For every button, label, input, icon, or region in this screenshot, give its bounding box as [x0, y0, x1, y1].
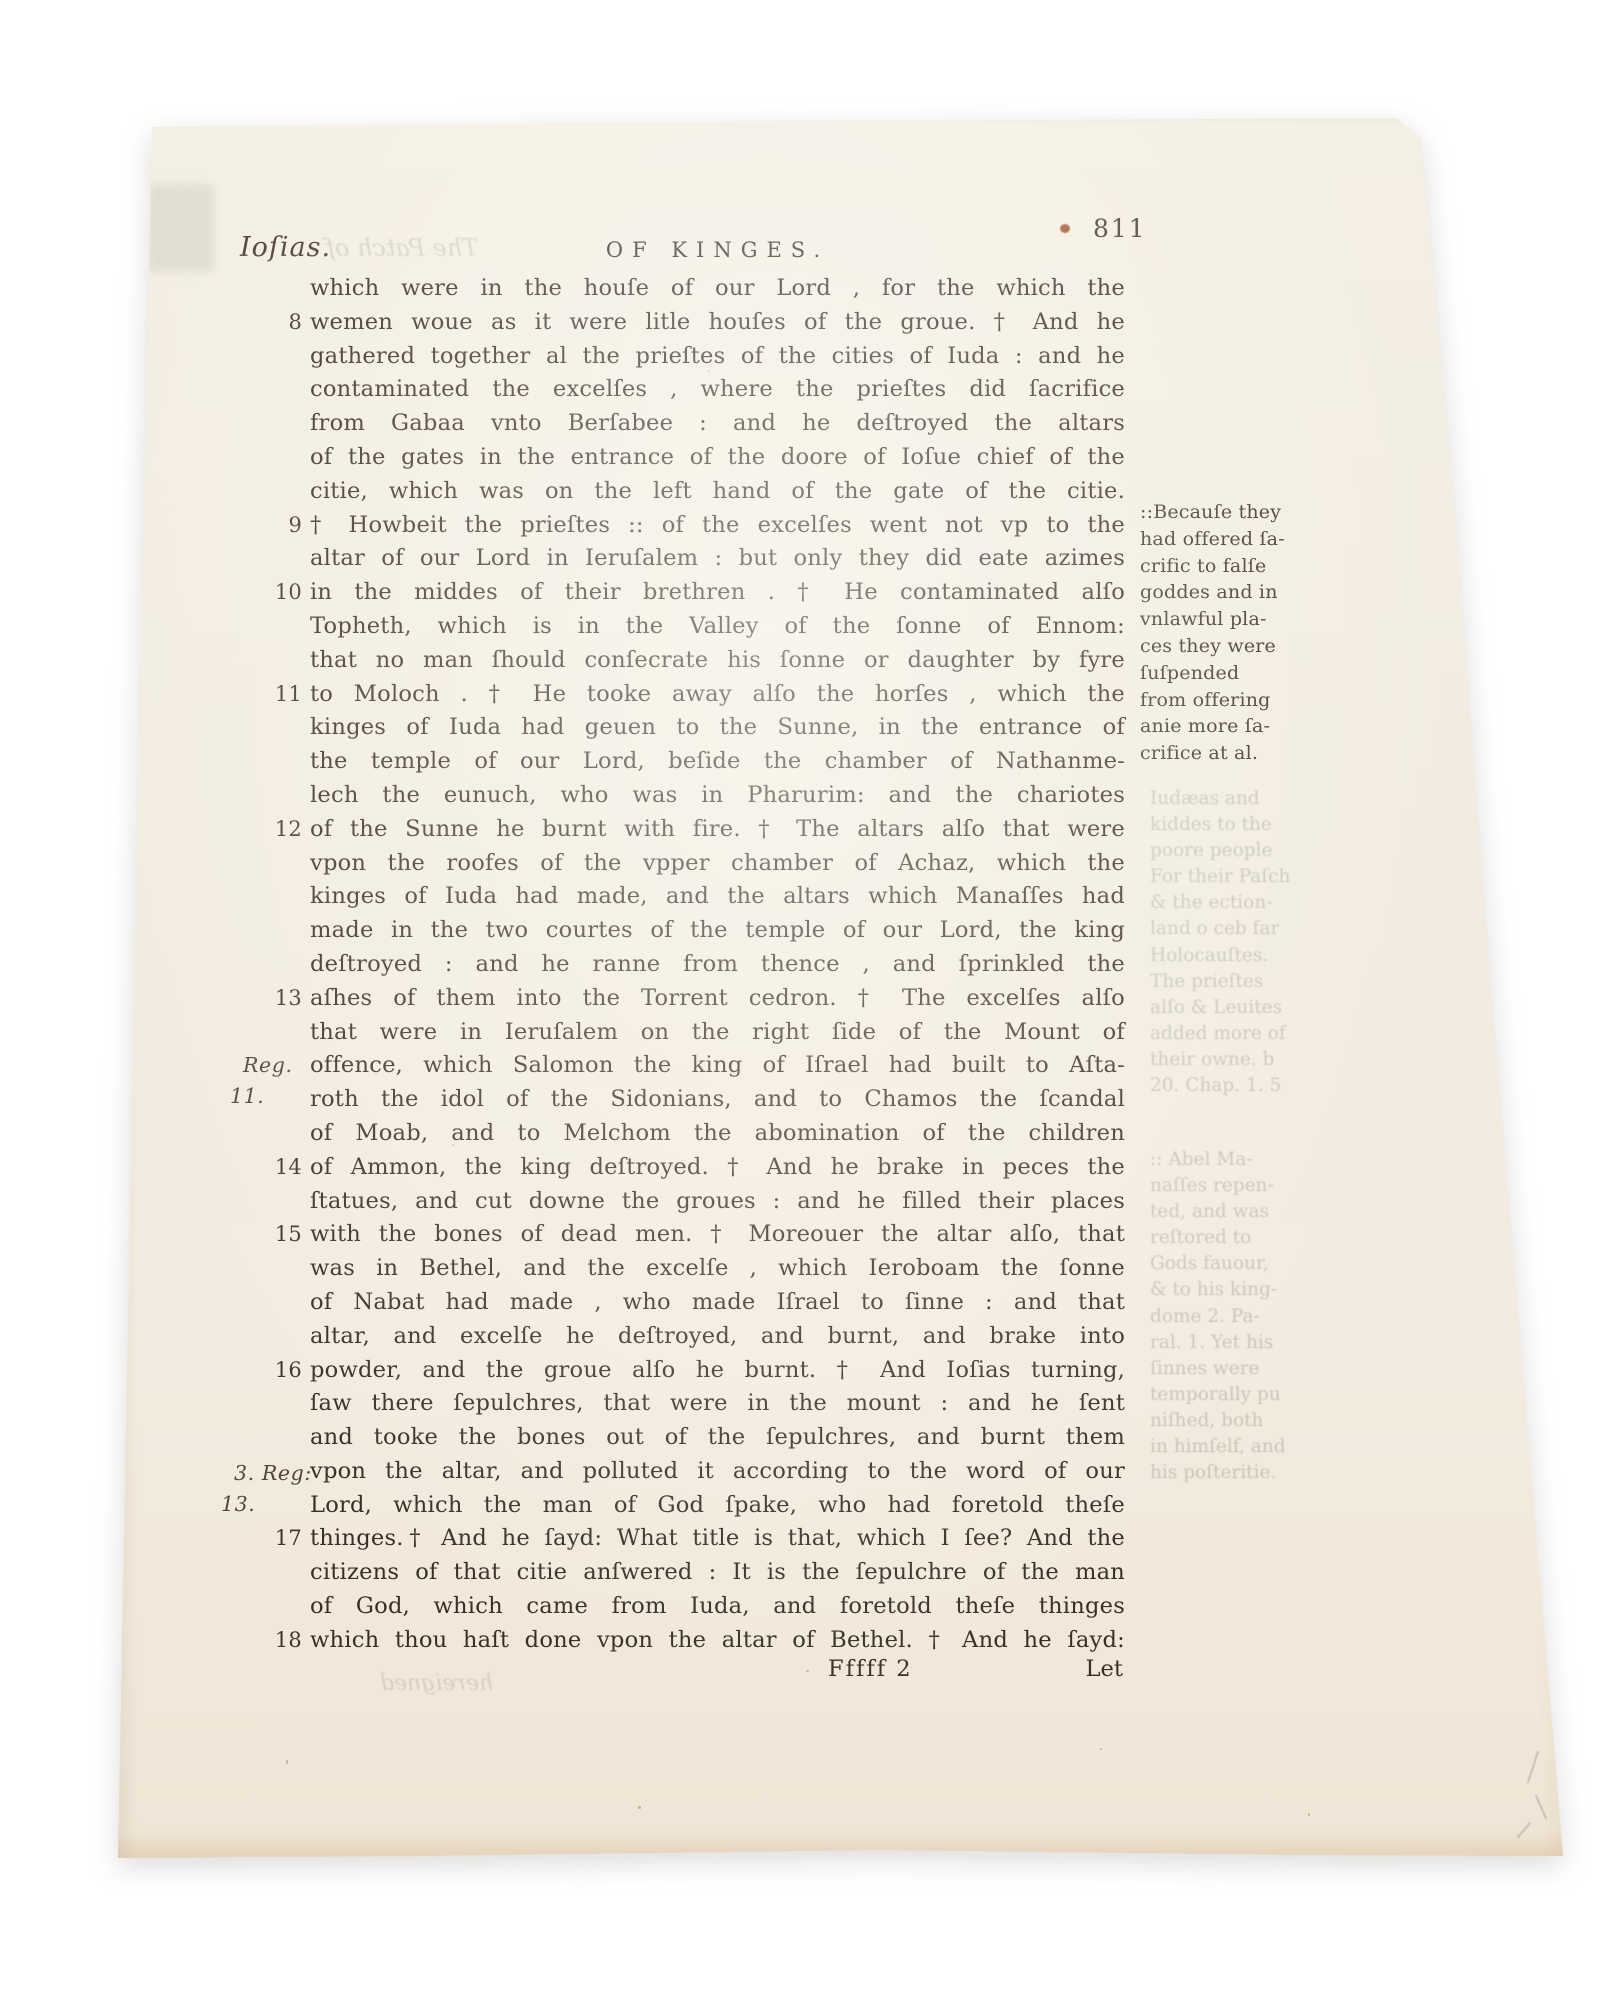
catchword: Let [1086, 1656, 1123, 1682]
note-line: & the ection- [1150, 890, 1342, 916]
verse-number: 18 [264, 1624, 302, 1657]
pencil-mark [1517, 1822, 1531, 1839]
body-line-text: roth the idol of the Sidonians, and to C… [310, 1083, 1125, 1116]
verse-number: 8 [264, 306, 302, 339]
note-line: Iudæas and [1150, 786, 1342, 812]
body-line: was in Bethel, and the excelſe , which I… [310, 1252, 1125, 1286]
body-line: and tooke the bones out of the ſepulchre… [310, 1421, 1125, 1455]
pencil-mark [1527, 1751, 1539, 1784]
body-line: citizens of that citie anſwered : It is … [310, 1556, 1125, 1590]
body-line: Lord, which the man of God ſpake, who ha… [310, 1489, 1125, 1523]
verse-number: 10 [264, 576, 302, 609]
note-line: ces they were [1140, 633, 1346, 660]
body-line-text: contaminated the excelſes , where the pr… [310, 373, 1125, 406]
body-line: which were in the houſe of our Lord , fo… [310, 272, 1125, 306]
note-line: land o ceb far [1150, 916, 1342, 942]
signature-mark: Fffff 2 [828, 1656, 913, 1682]
margin-note-left-1: Reg.11. [230, 1050, 293, 1112]
note-line: dome 2. Pa- [1150, 1304, 1342, 1330]
body-line: kinges of Iuda had geuen to the Sunne, i… [310, 711, 1125, 745]
note-line: anie more ſa- [1140, 713, 1346, 740]
body-line: 17thinges.† And he ſayd: What title is t… [310, 1522, 1125, 1556]
body-line-text: and tooke the bones out of the ſepulchre… [310, 1421, 1125, 1454]
note-line: 20. Chap. 1. 5 [1150, 1073, 1342, 1099]
verse-number: 16 [264, 1354, 302, 1387]
margin-note-left-2: 3. Reg:13. [221, 1458, 312, 1520]
body-line-text: with the bones of dead men. † Moreouer t… [310, 1218, 1125, 1251]
body-line-text: aſhes of them into the Torrent cedron. †… [310, 982, 1125, 1015]
body-line-text: ſtatues, and cut downe the groues : and … [310, 1185, 1125, 1218]
paper-speck [1308, 1813, 1310, 1816]
note-line: alſo & Leuites [1150, 995, 1342, 1021]
body-line: 16powder, and the groue alſo he burnt. †… [310, 1354, 1125, 1388]
show-through-block-a: Iudæas andkiddes to thepoore peopleFor t… [1150, 786, 1342, 1099]
body-line-text: citie, which was on the left hand of the… [310, 475, 1125, 508]
body-line-text: kinges of Iuda had made, and the altars … [310, 880, 1125, 913]
body-line: made in the two courtes of the temple of… [310, 914, 1125, 948]
note-line: Holocauſtes. [1150, 943, 1342, 969]
running-title-center: OF KINGES. [310, 238, 1125, 262]
body-line: ſaw there ſepulchres, that were in the m… [310, 1387, 1125, 1421]
body-line-text: powder, and the groue alſo he burnt. † A… [310, 1354, 1125, 1387]
paper-speck [286, 1760, 288, 1764]
note-line: crifice at al. [1140, 740, 1346, 767]
note-line: poore people [1150, 838, 1342, 864]
note-line: ſuſpended [1140, 660, 1346, 687]
body-line: gathered together al the prieſtes of the… [310, 340, 1125, 374]
body-line-text: † Howbeit the prieſtes :: of the excelſe… [310, 509, 1125, 542]
body-line: altar, and excelſe he deſtroyed, and bur… [310, 1320, 1125, 1354]
body-line: kinges of Iuda had made, and the altars … [310, 880, 1125, 914]
body-line-text: thinges.† And he ſayd: What title is tha… [310, 1522, 1125, 1555]
pencil-mark [1535, 1795, 1547, 1820]
body-line: 9† Howbeit the prieſtes :: of the excelſ… [310, 509, 1125, 543]
note-line: added more of [1150, 1021, 1342, 1047]
body-line: of the gates in the entrance of the door… [310, 441, 1125, 475]
body-line-text: to Moloch . † He tooke away alſo the hor… [310, 678, 1125, 711]
note-line: in himſelf, and [1150, 1434, 1342, 1460]
note-line: reſtored to [1150, 1225, 1342, 1251]
body-line-text: vpon the altar, and polluted it accordin… [310, 1455, 1125, 1488]
body-line: that were in Ieruſalem on the right ſide… [310, 1016, 1125, 1050]
note-line: kiddes to the [1150, 812, 1342, 838]
body-line-text: ſaw there ſepulchres, that were in the m… [310, 1387, 1125, 1420]
note-line: vnlawful pla- [1140, 606, 1346, 633]
signature-row: Fffff 2 Let [310, 1656, 1125, 1690]
body-line: contaminated the excelſes , where the pr… [310, 373, 1125, 407]
body-line-text: that no man ſhould conſecrate his ſonne … [310, 644, 1125, 677]
note-line: ::Becauſe they [1140, 499, 1346, 526]
body-line: 13aſhes of them into the Torrent cedron.… [310, 982, 1125, 1016]
body-line: of God, which came from Iuda, and foreto… [310, 1590, 1125, 1624]
body-line: of Nabat had made , who made Iſrael to ſ… [310, 1286, 1125, 1320]
note-line: 13. [221, 1489, 312, 1520]
margin-note-right: ::Becauſe theyhad offered ſa-crific to f… [1140, 499, 1346, 767]
body-line: altar of our Lord in Ieruſalem : but onl… [310, 542, 1125, 576]
body-line-text: offence, which Salomon the king of Iſrae… [310, 1049, 1125, 1082]
body-line-text: kinges of Iuda had geuen to the Sunne, i… [310, 711, 1125, 744]
paper-speck [1100, 1748, 1102, 1750]
body-line: that no man ſhould conſecrate his ſonne … [310, 644, 1125, 678]
body-line: 11to Moloch . † He tooke away alſo the h… [310, 678, 1125, 712]
book-page: The Patch of Iudæas andkiddes to thepoor… [118, 108, 1566, 1860]
stain-patch [148, 184, 214, 272]
photo-background: The Patch of Iudæas andkiddes to thepoor… [0, 0, 1599, 2000]
body-line-text: wemen woue as it were litle houſes of th… [310, 306, 1125, 339]
body-line-text: was in Bethel, and the excelſe , which I… [310, 1252, 1125, 1285]
body-line-text: altar of our Lord in Ieruſalem : but onl… [310, 542, 1125, 575]
body-line-text: made in the two courtes of the temple of… [310, 914, 1125, 947]
body-line: 18which thou haſt done vpon the altar of… [310, 1624, 1125, 1658]
body-line-text: of Nabat had made , who made Iſrael to ſ… [310, 1286, 1125, 1319]
body-line-text: Lord, which the man of God ſpake, who ha… [310, 1489, 1125, 1522]
body-line-text: of God, which came from Iuda, and foreto… [310, 1590, 1125, 1623]
note-line: crific to falſe [1140, 553, 1346, 580]
note-line: temporally pu [1150, 1382, 1342, 1408]
body-line: offence, which Salomon the king of Iſrae… [310, 1049, 1125, 1083]
body-line-text: altar, and excelſe he deſtroyed, and bur… [310, 1320, 1125, 1353]
body-line-text: of Ammon, the king deſtroyed. † And he b… [310, 1151, 1125, 1184]
verse-number: 9 [264, 509, 302, 542]
body-line-text: of the Sunne he burnt with fire. † The a… [310, 813, 1125, 846]
note-line: ral. 1. Yet his [1150, 1330, 1342, 1356]
body-line: lech the eunuch, who was in Pharurim: an… [310, 779, 1125, 813]
body-line-text: the temple of our Lord, beſide the chamb… [310, 745, 1125, 778]
body-line-text: Topheth, which is in the Valley of the ſ… [310, 610, 1125, 643]
body-line: vpon the altar, and polluted it accordin… [310, 1455, 1125, 1489]
paper-speck [638, 1806, 641, 1809]
body-line-text: lech the eunuch, who was in Pharurim: an… [310, 779, 1125, 812]
note-line: had offered ſa- [1140, 526, 1346, 553]
note-line: niſhed, both [1150, 1408, 1342, 1434]
body-line: 8wemen woue as it were litle houſes of t… [310, 306, 1125, 340]
body-line-text: gathered together al the prieſtes of the… [310, 340, 1125, 373]
body-line-text: deſtroyed : and he ranne from thence , a… [310, 948, 1125, 981]
verse-number: 11 [264, 678, 302, 711]
book-page-wrap: The Patch of Iudæas andkiddes to thepoor… [118, 108, 1566, 1860]
body-line: deſtroyed : and he ranne from thence , a… [310, 948, 1125, 982]
verse-number: 12 [264, 813, 302, 846]
body-line-text: in the middes of their brethren . † He c… [310, 576, 1125, 609]
verse-number: 14 [264, 1151, 302, 1184]
foxing-spot [1060, 224, 1070, 233]
body-line-text: of Moab, and to Melchom the abomination … [310, 1117, 1125, 1150]
note-line: ſinnes were [1150, 1356, 1342, 1382]
note-line: goddes and in [1140, 579, 1346, 606]
note-line: his poſteritie. [1150, 1460, 1342, 1486]
page-number: 811 [1093, 214, 1147, 243]
note-line: Reg. [243, 1050, 293, 1081]
body-line-text: that were in Ieruſalem on the right ſide… [310, 1016, 1125, 1049]
show-through-block-b: :: Abel Ma-naſſes repen-ted, and wasreſt… [1150, 1147, 1342, 1486]
body-line: 15with the bones of dead men. † Moreouer… [310, 1218, 1125, 1252]
body-line-text: which were in the houſe of our Lord , fo… [310, 272, 1125, 305]
body-line-text: from Gabaa vnto Berſabee : and he deſtro… [310, 407, 1125, 440]
body-line: the temple of our Lord, beſide the chamb… [310, 745, 1125, 779]
verse-number: 15 [264, 1218, 302, 1251]
body-line: from Gabaa vnto Berſabee : and he deſtro… [310, 407, 1125, 441]
body-line: ſtatues, and cut downe the groues : and … [310, 1185, 1125, 1219]
body-line: roth the idol of the Sidonians, and to C… [310, 1083, 1125, 1117]
note-line: 11. [230, 1081, 293, 1112]
body-line: 12of the Sunne he burnt with fire. † The… [310, 813, 1125, 847]
verse-number: 17 [264, 1522, 302, 1555]
note-line: :: Abel Ma- [1150, 1147, 1342, 1173]
body-line: 14of Ammon, the king deſtroyed. † And he… [310, 1151, 1125, 1185]
note-line: their owne. b [1150, 1047, 1342, 1073]
note-line: from offering [1140, 687, 1346, 714]
body-line: citie, which was on the left hand of the… [310, 475, 1125, 509]
note-line: 3. Reg: [234, 1458, 312, 1489]
verse-number: 13 [264, 982, 302, 1015]
body-line: Topheth, which is in the Valley of the ſ… [310, 610, 1125, 644]
body-line: 10in the middes of their brethren . † He… [310, 576, 1125, 610]
body-line-text: vpon the roofes of the vpper chamber of … [310, 847, 1125, 880]
note-line: ted, and was [1150, 1199, 1342, 1225]
body-line: vpon the roofes of the vpper chamber of … [310, 847, 1125, 881]
note-line: Gods fauour, [1150, 1251, 1342, 1277]
note-line: naſſes repen- [1150, 1173, 1342, 1199]
note-line: The prieſtes [1150, 969, 1342, 995]
body-line-text: of the gates in the entrance of the door… [310, 441, 1125, 474]
note-line: For their Paſch [1150, 864, 1342, 890]
body-line-text: which thou haſt done vpon the altar of B… [310, 1624, 1125, 1657]
body-line: of Moab, and to Melchom the abomination … [310, 1117, 1125, 1151]
body-lines: which were in the houſe of our Lord , fo… [310, 272, 1125, 1658]
body-line-text: citizens of that citie anſwered : It is … [310, 1556, 1125, 1589]
note-line: & to his king- [1150, 1277, 1342, 1303]
